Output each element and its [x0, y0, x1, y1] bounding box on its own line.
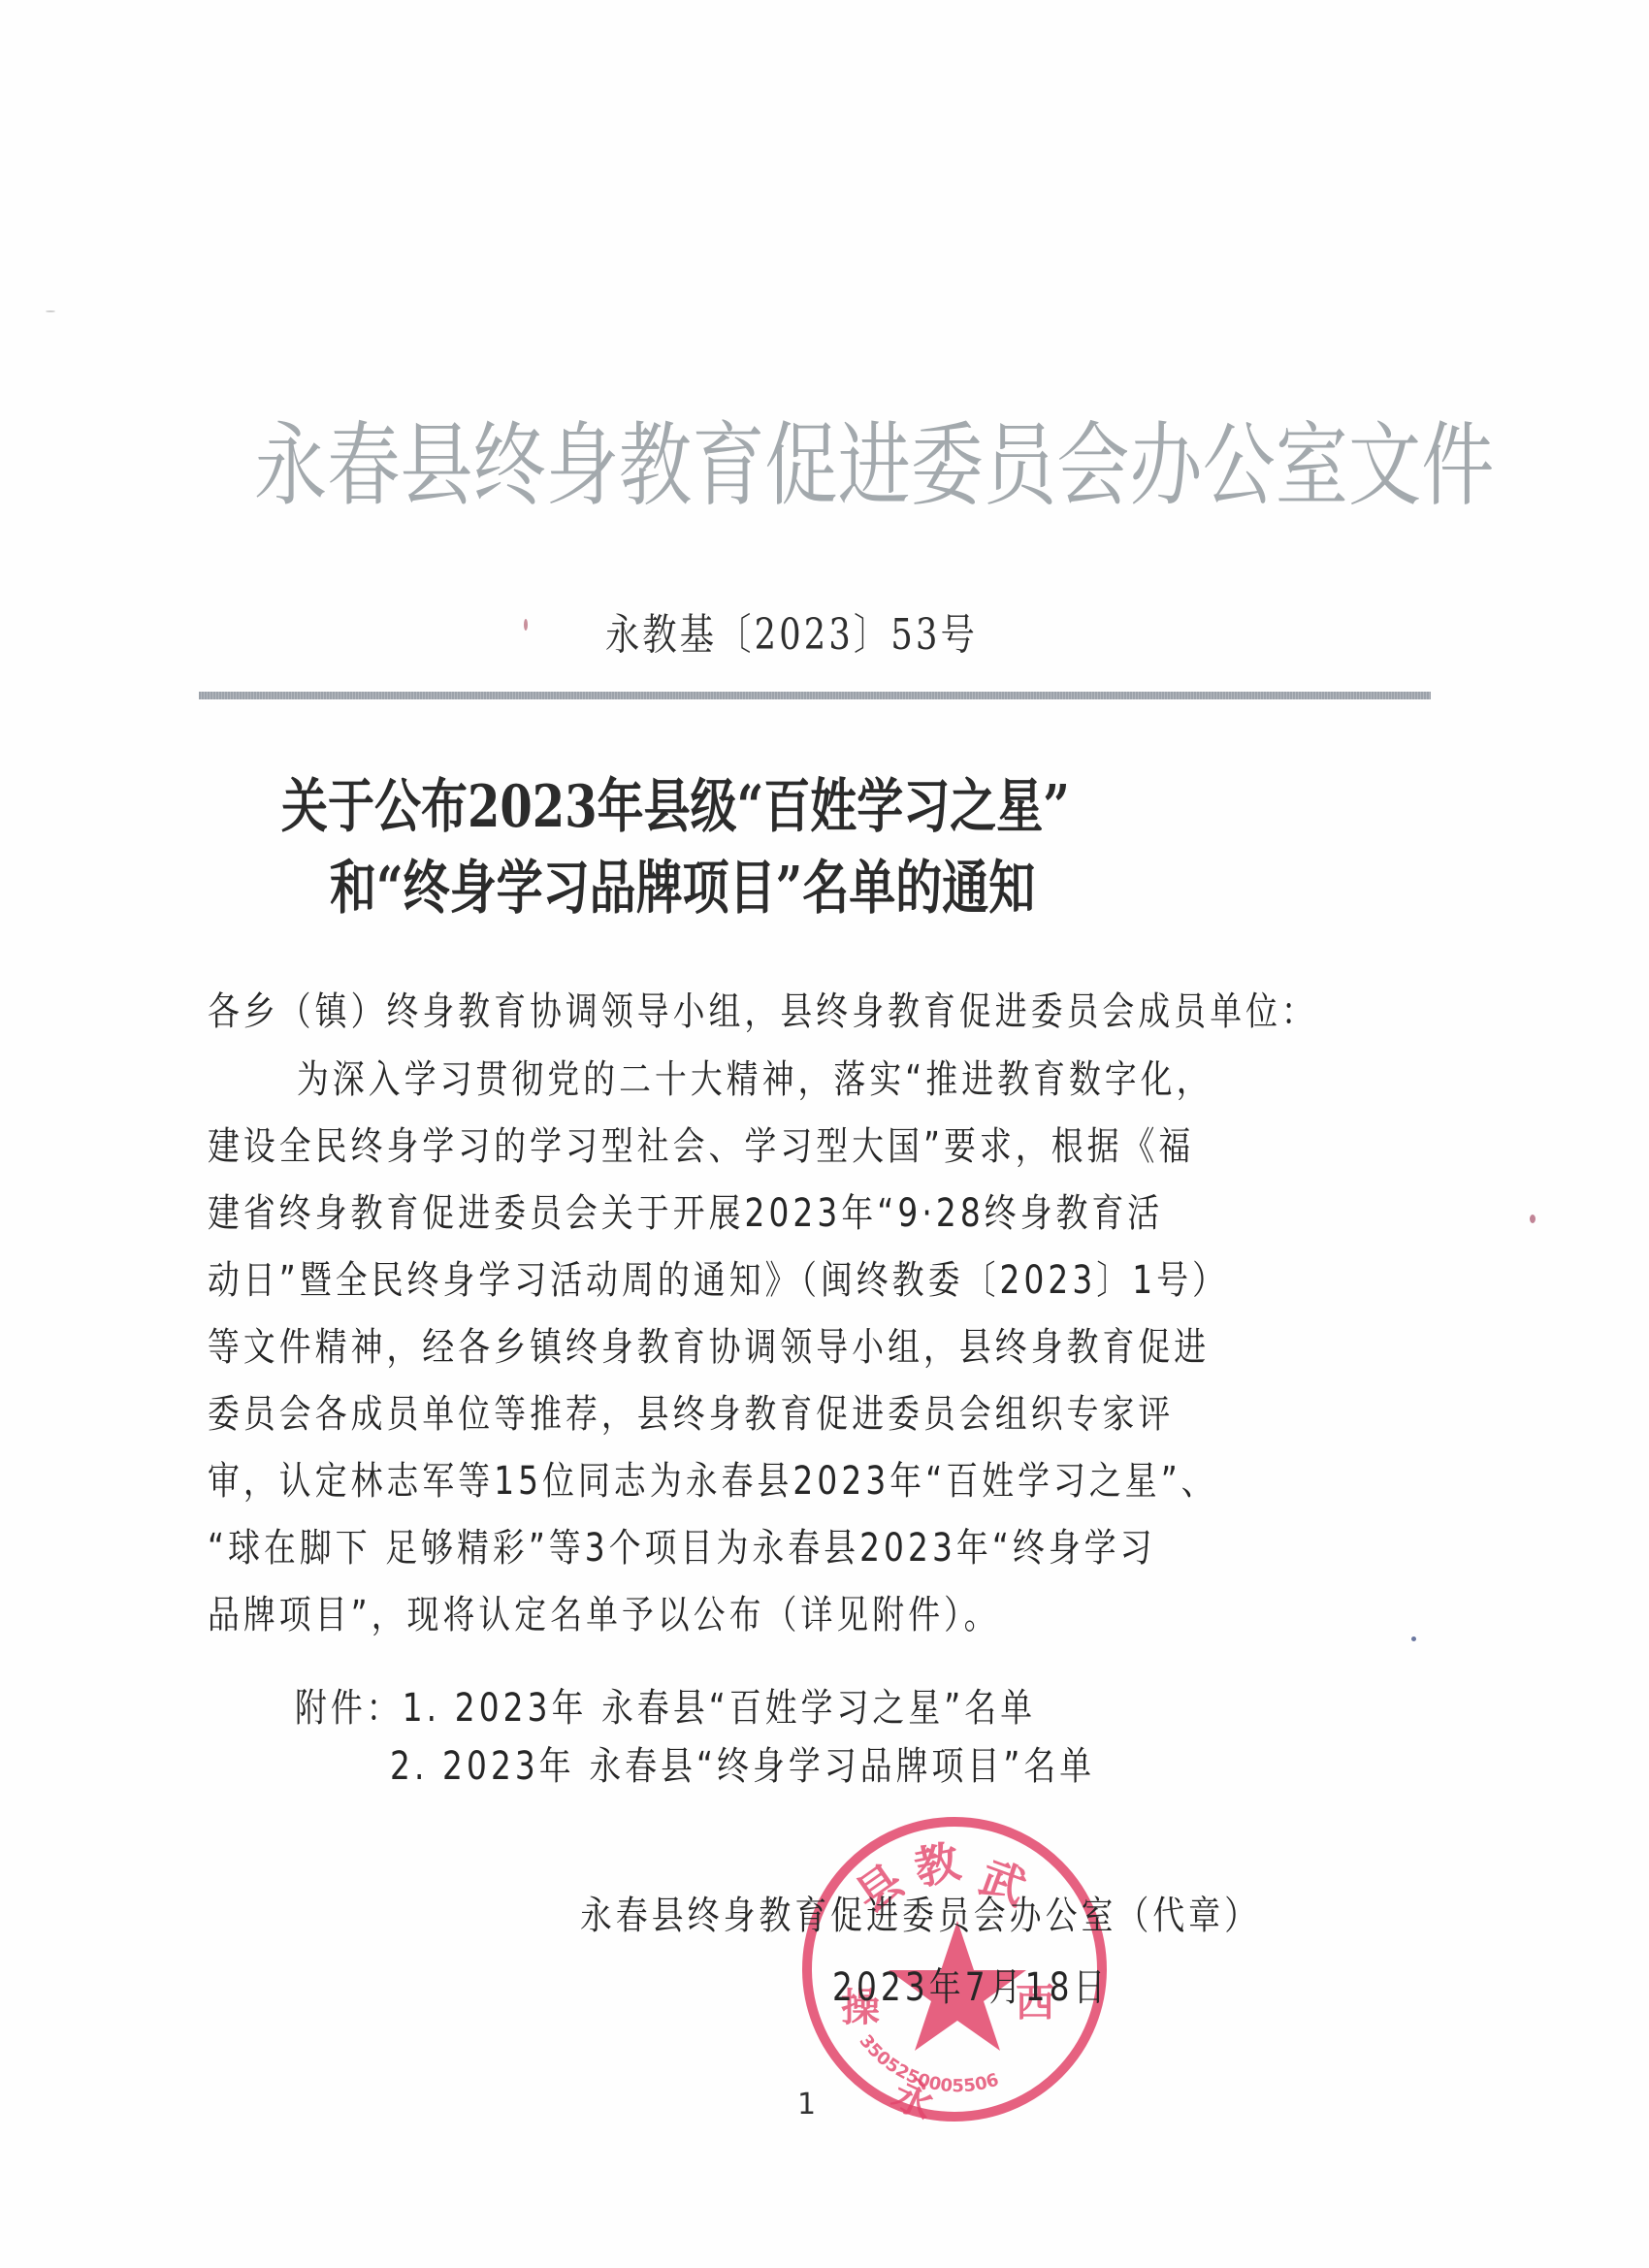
attachments-block: 附件：1. 2023年 永春县“百姓学习之星”名单 [295, 1684, 1036, 1733]
scan-speck [1530, 1215, 1536, 1223]
issuer-signature: 永春县终身教育促进委员会办公室（代章） [580, 1892, 1260, 1940]
document-page: 永春县终身教育促进委员会办公室文件 永教基〔2023〕53号 关于公布2023年… [0, 0, 1649, 2268]
document-number: 永教基〔2023〕53号 [605, 607, 978, 664]
issue-date: 2023年7月18日 [832, 1963, 1109, 2012]
scan-speck [524, 619, 528, 631]
issuing-office-header: 永春县终身教育促进委员会办公室文件 [254, 412, 1494, 521]
body-line: 动日”暨全民终身学习活动周的通知》（闽终教委〔2023〕1号） [208, 1256, 1228, 1305]
notice-title-line-2: 和“终身学习品牌项目”名单的通知 [330, 855, 1035, 923]
body-line: 为深入学习贯彻党的二十大精神，落实“推进教育数字化， [297, 1055, 1212, 1104]
notice-title-line-1: 关于公布2023年县级“百姓学习之星” [281, 773, 1070, 841]
body-line: 建省终身教育促进委员会关于开展2023年“9·28终身教育活 [208, 1189, 1163, 1238]
attachment-item-1: 1. 2023年 永春县“百姓学习之星”名单 [403, 1686, 1036, 1731]
body-line: 审，认定林志军等15位同志为永春县2023年“百姓学习之星”、 [208, 1457, 1217, 1506]
scan-speck [46, 310, 55, 312]
attachments-label: 附件： [295, 1686, 403, 1731]
attachment-item-2: 2. 2023年 永春县“终身学习品牌项目”名单 [390, 1742, 1095, 1791]
page-number: 1 [797, 2088, 816, 2122]
body-line: “球在脚下 足够精彩”等3个项目为永春县2023年“终身学习 [208, 1524, 1156, 1572]
salutation: 各乡（镇）终身教育协调领导小组，县终身教育促进委员会成员单位： [208, 988, 1317, 1036]
header-divider-rule [199, 692, 1431, 699]
scan-speck [1411, 1636, 1416, 1641]
svg-text:教: 教 [910, 1834, 965, 1895]
body-line: 委员会各成员单位等推荐，县终身教育促进委员会组织专家评 [208, 1390, 1174, 1439]
body-line: 建设全民终身学习的学习型社会、学习型大国”要求，根据《福 [208, 1122, 1194, 1171]
body-line: 品牌项目”，现将认定名单予以公布（详见附件）。 [208, 1591, 1000, 1639]
body-line: 等文件精神，经各乡镇终身教育协调领导小组，县终身教育促进 [208, 1323, 1210, 1372]
